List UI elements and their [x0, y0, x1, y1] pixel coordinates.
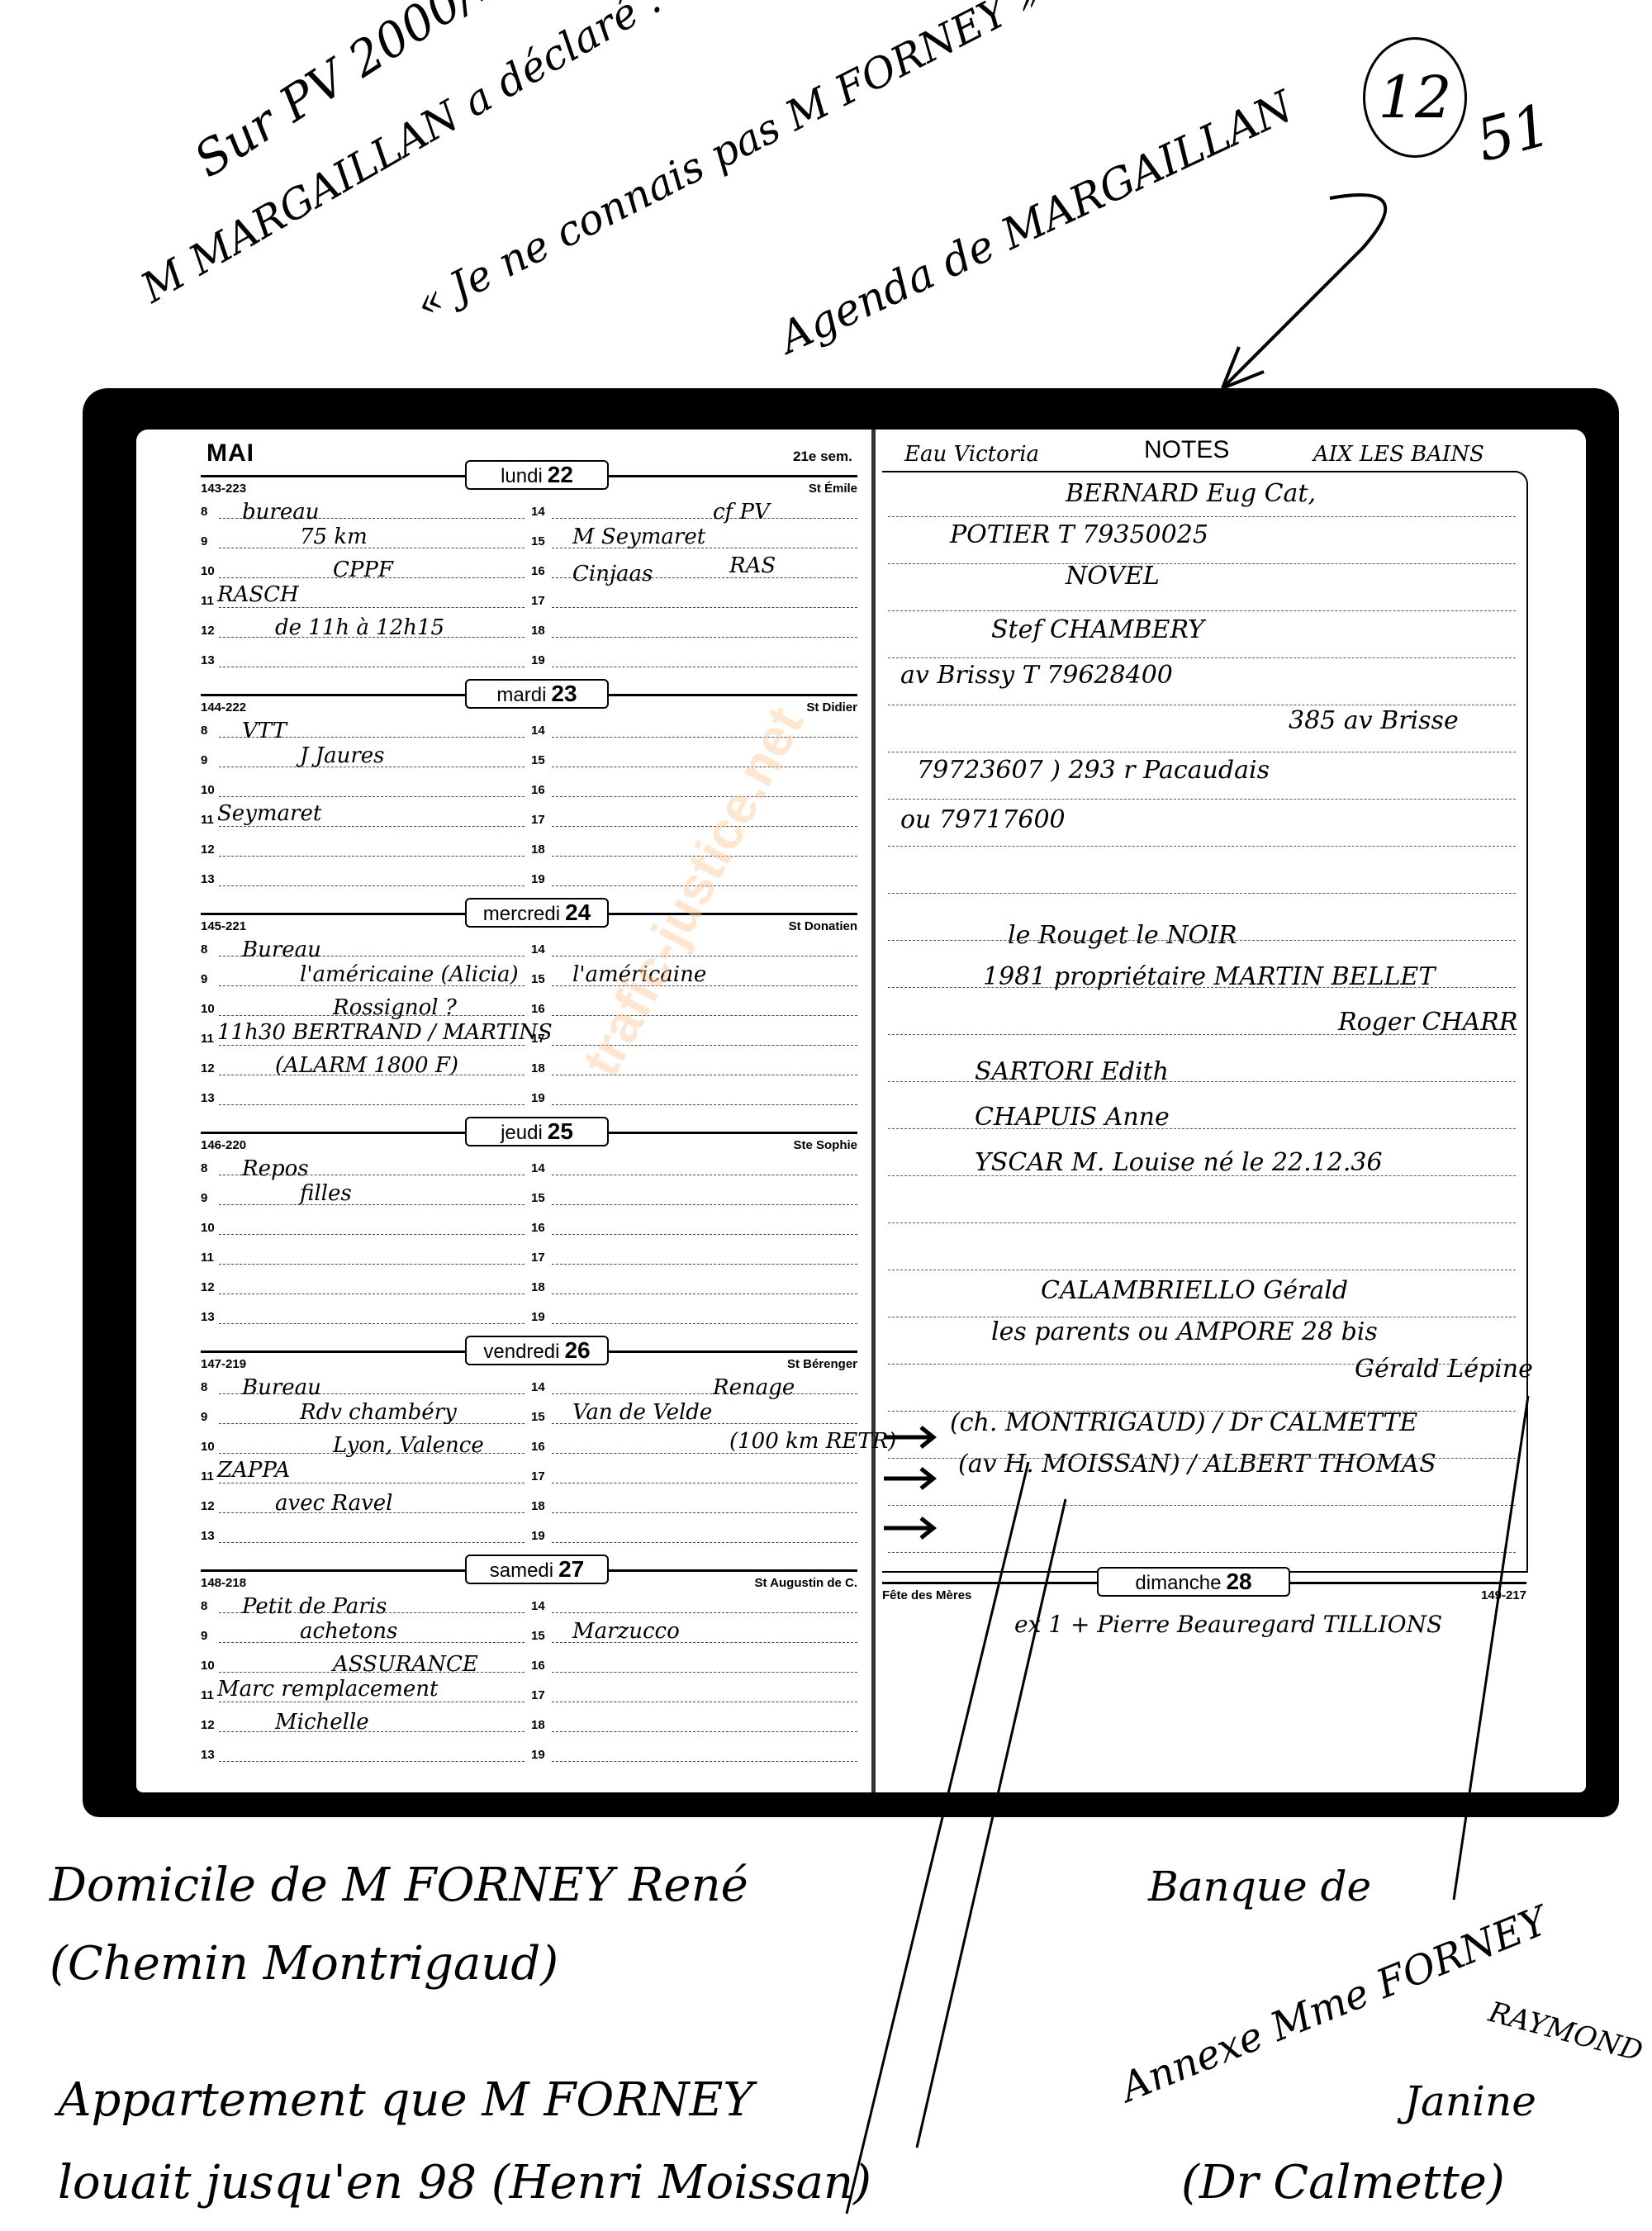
day-name: samedi [490, 1559, 553, 1582]
day-code: 144-222 [201, 700, 246, 714]
handwritten-entry: (100 km RETR) [729, 1429, 896, 1454]
hour-line [219, 1204, 525, 1205]
hour-line [219, 1045, 525, 1046]
hour-label: 15 [531, 534, 545, 548]
hour-label: 11 [201, 1469, 214, 1483]
hour-label: 14 [531, 1161, 545, 1175]
hour-label: 8 [201, 505, 207, 519]
saint-name: St Émile [809, 482, 857, 496]
hour-label: 15 [531, 1410, 545, 1424]
notes-rule [888, 1364, 1516, 1365]
notes-rule [888, 1222, 1516, 1223]
hour-line [219, 1483, 525, 1483]
day-number: 28 [1226, 1569, 1251, 1594]
day-block-lundi: lundi22143-223St Émile814915101611171218… [201, 458, 857, 676]
notes-rule [888, 1034, 1516, 1035]
notes-rule [888, 705, 1516, 705]
annotation-quote: « Je ne connais pas M FORNEY » !! [408, 0, 1091, 329]
annotation-chemin: (Chemin Montrigaud) [50, 1937, 558, 1991]
handwritten-entry: 75 km [300, 525, 368, 549]
hour-label: 9 [201, 972, 207, 986]
hour-line [552, 1075, 857, 1075]
handwritten-entry: Michelle [275, 1710, 369, 1735]
hour-line [552, 1702, 857, 1702]
notes-header-left: Eau Victoria [904, 442, 1039, 467]
day-block-mercredi: mercredi24145-221St Donatien814915101611… [201, 896, 857, 1113]
annotation-domicile: Domicile de M FORNEY René [50, 1858, 748, 1912]
hour-line [552, 1542, 857, 1543]
day-code: 148-218 [201, 1576, 246, 1590]
hour-label: 18 [531, 624, 545, 638]
handwritten-entry: RAS [729, 553, 776, 578]
notes-rule [888, 1411, 1516, 1412]
hour-line [219, 1702, 525, 1702]
handwritten-entry: Van de Velde [572, 1400, 712, 1425]
hour-label: 19 [531, 653, 545, 667]
day-block-sunday: dimanche28 Fête des Mères 149-217 ex 1 +… [882, 1565, 1526, 1792]
saint-name: St Augustin de C. [755, 1576, 857, 1590]
hour-line [219, 548, 525, 548]
day-number: 23 [551, 681, 577, 706]
handwritten-entry: Rossignol ? [333, 995, 457, 1020]
hour-row: 1218 [201, 838, 857, 867]
hour-label: 9 [201, 1191, 207, 1205]
hour-label: 18 [531, 1499, 545, 1513]
hour-line [552, 1175, 857, 1175]
hour-label: 17 [531, 594, 545, 608]
hour-label: 13 [201, 1310, 215, 1324]
notes-entry: av Brissy T 79628400 [900, 661, 1173, 690]
hour-line [552, 637, 857, 638]
hour-row: 1319 [201, 1743, 857, 1773]
day-code: 145-221 [201, 919, 246, 933]
hour-label: 11 [201, 594, 214, 608]
hour-label: 18 [531, 843, 545, 857]
hour-label: 18 [531, 1280, 545, 1294]
notes-header-right: AIX LES BAINS [1313, 442, 1484, 467]
hour-label: 19 [531, 1529, 545, 1543]
saint-name: St Donatien [789, 919, 857, 933]
hour-label: 18 [531, 1718, 545, 1732]
hour-label: 16 [531, 1440, 545, 1454]
day-header: jeudi25 [465, 1117, 609, 1146]
notes-title: NOTES [1144, 436, 1229, 464]
sunday-entry: ex 1 + Pierre Beauregard TILLIONS [1014, 1611, 1442, 1638]
page-number-circle: 12 [1363, 37, 1467, 158]
notes-entry: BERNARD Eug Cat, [1066, 479, 1316, 508]
hour-label: 14 [531, 505, 545, 519]
handwritten-entry: Rdv chambéry [300, 1400, 457, 1425]
handwritten-entry: Repos [242, 1156, 309, 1181]
handwritten-entry: M Seymaret [572, 525, 705, 549]
handwritten-entry: ASSURANCE [333, 1652, 478, 1677]
notes-rule [888, 1458, 1516, 1459]
hour-row: 1218 [201, 1275, 857, 1305]
notes-entry: YSCAR M. Louise né le 22.12.36 [975, 1148, 1383, 1177]
day-name: vendredi [483, 1341, 559, 1363]
notes-entry: (ch. MONTRIGAUD) / Dr CALMETTE [950, 1408, 1417, 1437]
notes-rule [888, 1175, 1516, 1176]
hour-label: 13 [201, 1091, 215, 1105]
day-number: 25 [548, 1118, 573, 1144]
hour-row: 1117 [201, 589, 857, 619]
hour-label: 12 [201, 1280, 215, 1294]
hour-label: 15 [531, 1191, 545, 1205]
hour-label: 19 [531, 1310, 545, 1324]
hour-label: 19 [531, 872, 545, 886]
hour-line [552, 767, 857, 767]
hour-line [552, 1612, 857, 1613]
hour-label: 12 [201, 1718, 215, 1732]
hour-line [552, 667, 857, 667]
day-code: 143-223 [201, 482, 246, 496]
hour-label: 19 [531, 1748, 545, 1762]
hour-row: 1016 [201, 1216, 857, 1246]
notes-rule [888, 1270, 1516, 1270]
hour-label: 8 [201, 1161, 207, 1175]
saint-name: St Bérenger [787, 1357, 857, 1371]
notes-rule [888, 1128, 1516, 1129]
day-code: 147-219 [201, 1357, 246, 1371]
hour-label: 13 [201, 1748, 215, 1762]
hour-row: 1319 [201, 1524, 857, 1554]
hour-line [219, 1731, 525, 1732]
notes-rule [888, 799, 1516, 800]
day-header: dimanche28 [1097, 1567, 1290, 1597]
annotation-janine: Janine [1404, 2077, 1536, 2125]
handwritten-entry: Bureau [242, 1375, 321, 1400]
hour-line [552, 518, 857, 519]
hour-label: 10 [201, 1659, 215, 1673]
day-header: samedi27 [465, 1555, 609, 1584]
hour-label: 15 [531, 1629, 545, 1643]
hour-label: 10 [201, 564, 215, 578]
notes-entry: ou 79717600 [900, 805, 1066, 834]
hour-row: 1319 [201, 867, 857, 897]
hour-line [219, 1542, 525, 1543]
hour-label: 16 [531, 783, 545, 797]
day-header: mercredi24 [465, 898, 609, 928]
hour-label: 16 [531, 1221, 545, 1235]
handwritten-entry: Seymaret [217, 801, 321, 826]
notes-rule [888, 1552, 1516, 1553]
day-header: vendredi26 [465, 1336, 609, 1365]
day-name: lundi [501, 465, 543, 487]
hour-label: 12 [201, 624, 215, 638]
hour-label: 8 [201, 1380, 207, 1394]
hour-label: 9 [201, 1410, 207, 1424]
notes-rule [888, 752, 1516, 752]
day-code: 149-217 [1481, 1588, 1526, 1602]
hour-label: 10 [201, 1440, 215, 1454]
handwritten-entry: Renage [713, 1375, 795, 1400]
notes-entry: CHAPUIS Anne [975, 1103, 1170, 1132]
handwritten-entry: achetons [300, 1619, 397, 1644]
hour-line [552, 607, 857, 608]
hour-line [552, 1731, 857, 1732]
day-header: lundi22 [465, 460, 609, 490]
hour-label: 13 [201, 1529, 215, 1543]
day-block-vendredi: vendredi26147-219St Bérenger814915101611… [201, 1334, 857, 1551]
hour-label: 10 [201, 1221, 215, 1235]
page-reference: 51 [1469, 91, 1558, 175]
hour-label: 15 [531, 753, 545, 767]
annotation-agenda-owner: Agenda de MARGAILLAN [772, 82, 1301, 363]
handwritten-entry: Lyon, Valence [333, 1433, 484, 1458]
notes-rule [888, 940, 1516, 941]
notes-entry: Stef CHAMBERY [991, 615, 1204, 644]
hour-label: 9 [201, 1629, 207, 1643]
notes-rule [888, 1081, 1516, 1082]
hour-label: 11 [201, 1688, 214, 1702]
day-number: 26 [564, 1337, 590, 1363]
handwritten-entry: CPPF [333, 558, 393, 582]
hour-line [552, 1672, 857, 1673]
hour-label: 10 [201, 783, 215, 797]
hour-label: 17 [531, 1688, 545, 1702]
hour-label: 8 [201, 942, 207, 956]
hour-label: 14 [531, 1380, 545, 1394]
hour-label: 13 [201, 653, 215, 667]
hour-row: 1117 [201, 1464, 857, 1494]
hour-label: 9 [201, 753, 207, 767]
hour-line [219, 1323, 525, 1324]
hour-label: 14 [531, 724, 545, 738]
notes-rule [888, 657, 1516, 658]
handwritten-entry: Petit de Paris [242, 1594, 387, 1619]
hour-label: 8 [201, 1599, 207, 1613]
handwritten-entry: J Jaures [300, 743, 385, 768]
day-number: 22 [548, 462, 573, 487]
annotation-appartement: Appartement que M FORNEY [58, 2073, 753, 2127]
hour-line [219, 856, 525, 857]
notes-rule [888, 893, 1516, 894]
hour-line [219, 1104, 525, 1105]
day-header: mardi23 [465, 679, 609, 709]
annotation-louait: louait jusqu'en 98 (Henri Moissan) [58, 2156, 871, 2210]
handwritten-entry: VTT [242, 719, 287, 743]
hour-line [552, 956, 857, 956]
hour-line [552, 1483, 857, 1483]
day-name: jeudi [501, 1122, 543, 1144]
handwritten-entry: 11h30 BERTRAND / MARTINS [217, 1020, 553, 1045]
feast-label: Fête des Mères [882, 1588, 971, 1602]
notes-entry: NOVEL [1066, 562, 1160, 591]
day-code: 146-220 [201, 1138, 246, 1152]
hour-label: 14 [531, 1599, 545, 1613]
handwritten-entry: (ALARM 1800 F) [275, 1053, 458, 1078]
hour-label: 12 [201, 1499, 215, 1513]
handwritten-entry: Marzucco [572, 1619, 680, 1644]
hour-row: 1117 [201, 1246, 857, 1275]
handwritten-entry: filles [300, 1181, 352, 1206]
day-number: 24 [565, 900, 591, 925]
handwritten-entry: Marc remplacement [217, 1677, 439, 1702]
hour-line [219, 1761, 525, 1762]
handwritten-entry: bureau [242, 500, 319, 525]
hour-line [219, 885, 525, 886]
hour-line [552, 1234, 857, 1235]
handwritten-entry: cf PV [713, 500, 770, 525]
hour-label: 8 [201, 724, 207, 738]
hour-line [552, 1393, 857, 1394]
hour-line [552, 796, 857, 797]
notes-rule [888, 1317, 1516, 1317]
hour-line [219, 607, 525, 608]
notes-entry: (av H. MOISSAN) / ALBERT THOMAS [958, 1450, 1436, 1479]
notes-entry: Roger CHARR [1338, 1008, 1517, 1037]
notes-rule [888, 516, 1516, 517]
agenda-spine [871, 430, 876, 1792]
hour-label: 11 [201, 1032, 214, 1046]
day-name: mercredi [483, 903, 560, 925]
hour-line [219, 826, 525, 827]
hour-line [552, 1204, 857, 1205]
hour-line [219, 1234, 525, 1235]
day-block-jeudi: jeudi25146-220Ste Sophie8149151016111712… [201, 1115, 857, 1332]
hour-label: 17 [531, 1251, 545, 1265]
hour-line [552, 1761, 857, 1762]
hour-line [552, 1323, 857, 1324]
notes-entry: Gérald Lépine [1355, 1355, 1533, 1384]
hour-row: 1319 [201, 1086, 857, 1116]
notes-entry: 385 av Brisse [1289, 706, 1459, 735]
notes-rule [888, 846, 1516, 847]
hour-label: 16 [531, 1659, 545, 1673]
handwritten-entry: avec Ravel [275, 1491, 392, 1516]
handwritten-entry: Cinjaas [572, 562, 653, 586]
hour-row: 1319 [201, 648, 857, 678]
hour-label: 17 [531, 1469, 545, 1483]
notes-entry: le Rouget le NOIR [1008, 921, 1237, 950]
hour-label: 12 [201, 843, 215, 857]
annotation-banque: Banque de [1148, 1863, 1371, 1911]
hour-label: 11 [201, 1251, 214, 1265]
notes-rule [888, 610, 1516, 611]
hour-label: 13 [201, 872, 215, 886]
day-number: 27 [558, 1556, 584, 1582]
hour-line [552, 1264, 857, 1265]
hour-label: 16 [531, 1002, 545, 1016]
annotation-calmette: (Dr Calmette) [1181, 2156, 1505, 2210]
notes-entry: les parents ou AMPORE 28 bis [991, 1317, 1378, 1346]
notes-rule [888, 1505, 1516, 1506]
hour-label: 17 [531, 813, 545, 827]
hour-label: 12 [201, 1061, 215, 1075]
hour-label: 18 [531, 1061, 545, 1075]
hour-line [219, 1294, 525, 1294]
handwritten-entry: ZAPPA [217, 1458, 290, 1483]
notes-rule [888, 987, 1516, 988]
notes-rule [888, 563, 1516, 564]
hour-line [219, 667, 525, 667]
day-block-samedi: samedi27148-218St Augustin de C.81491510… [201, 1553, 857, 1770]
hour-label: 10 [201, 1002, 215, 1016]
hour-line [219, 796, 525, 797]
saint-name: Ste Sophie [793, 1138, 857, 1152]
hour-label: 16 [531, 564, 545, 578]
hour-line [552, 737, 857, 738]
notes-entry: CALAMBRIELLO Gérald [1041, 1276, 1348, 1305]
hour-label: 14 [531, 942, 545, 956]
handwritten-entry: de 11h à 12h15 [275, 615, 444, 640]
handwritten-entry: RASCH [217, 582, 299, 607]
hour-line [552, 1294, 857, 1294]
day-name: mardi [496, 684, 546, 706]
annotation-raymond: RAYMOND [1485, 1996, 1646, 2068]
hour-label: 19 [531, 1091, 545, 1105]
hour-label: 15 [531, 972, 545, 986]
hour-line [552, 1512, 857, 1513]
hour-line [219, 1264, 525, 1265]
day-name: dimanche [1135, 1572, 1221, 1594]
hour-label: 9 [201, 534, 207, 548]
notes-entry: 79723607 ) 293 r Pacaudais [917, 756, 1270, 785]
hour-label: 11 [201, 813, 214, 827]
handwritten-entry: Bureau [242, 937, 321, 962]
saint-name: St Didier [806, 700, 857, 714]
hour-line [552, 1104, 857, 1105]
handwritten-entry: l'américaine (Alicia) [300, 962, 519, 987]
notes-entry: POTIER T 79350025 [950, 520, 1208, 549]
hour-row: 1319 [201, 1305, 857, 1335]
